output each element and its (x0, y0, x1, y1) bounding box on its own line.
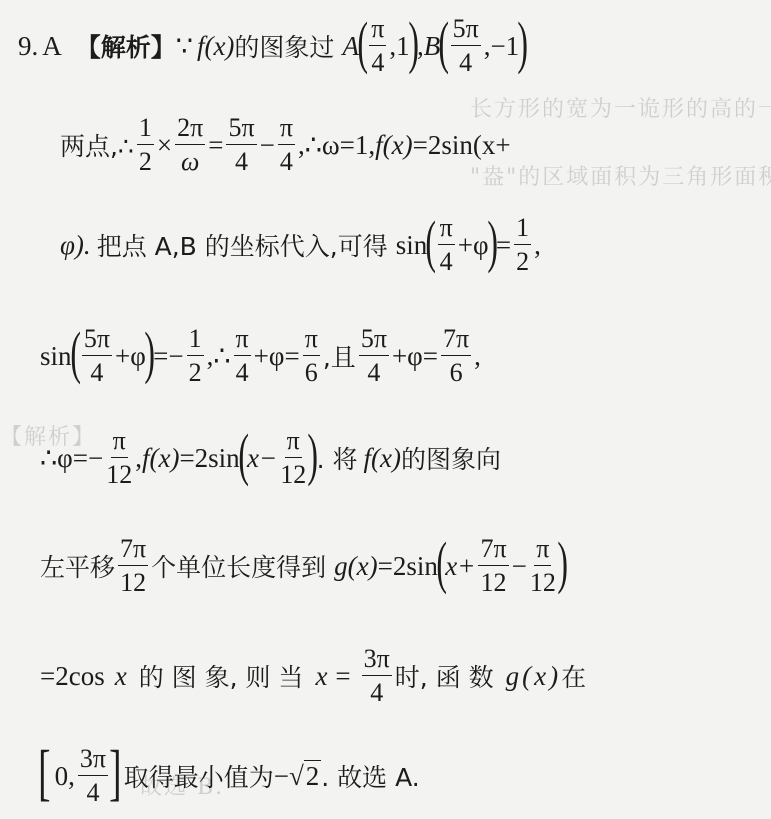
analysis-tag: 【解析】 (76, 28, 176, 64)
fraction: 5π4 (226, 115, 256, 175)
paren-open: ( (439, 14, 450, 72)
paren-close: ) (557, 534, 568, 592)
solution-line-4: sin ( 5π4 +φ ) =− 12 ,∴ π4 +φ= π6 ,且 5π4… (40, 316, 481, 396)
math: 0, (55, 761, 75, 792)
point-b: ,B (417, 31, 440, 62)
math: 2 (304, 760, 322, 792)
paren-close: ) (308, 426, 319, 484)
math: =2sin (179, 443, 239, 474)
fraction: π6 (303, 326, 320, 386)
math: ,1 (389, 31, 409, 62)
math-fx: f(x) (375, 130, 412, 161)
fraction: 12 (187, 326, 204, 386)
text: . 将 (317, 440, 358, 476)
text: 的图象向 (401, 440, 501, 476)
fraction: 12 (514, 215, 531, 275)
fraction: 2πω (175, 115, 205, 175)
bracket-open: [ (38, 742, 50, 804)
math: − (274, 761, 289, 792)
math: , (135, 443, 142, 474)
math: x (315, 661, 327, 692)
paren-open: ( (436, 534, 447, 592)
text: 在 (561, 658, 586, 694)
solution-line-7: =2cos x 的 图 象, 则 当 x = 3π4 时, 函 数 g(x) 在 (40, 636, 586, 716)
fraction: 12 (137, 115, 154, 175)
answer-choice: A (42, 31, 62, 62)
fraction: 7π12 (118, 536, 148, 596)
math: x+ (445, 551, 475, 582)
math: φ). (60, 230, 91, 261)
math: +φ (115, 341, 146, 372)
paren-open: ( (426, 213, 437, 271)
math: x− (247, 443, 277, 474)
fraction: π12 (530, 536, 556, 596)
math: − (512, 551, 527, 582)
paren-close: ) (518, 14, 529, 72)
fraction: 5π4 (451, 16, 481, 76)
math-gx: g(x) (334, 551, 377, 582)
paren-close: ) (408, 14, 419, 72)
fraction: π4 (278, 115, 295, 175)
math: = (496, 230, 511, 261)
text: 把点 A,B 的坐标代入,可得 (97, 227, 388, 263)
text: 个单位长度得到 (151, 548, 326, 584)
text: 取得最小值为 (124, 758, 274, 794)
fraction: π12 (106, 428, 132, 488)
solution-line-6: 左平移 7π12 个单位长度得到 g(x) =2sin ( x+ 7π12 − … (40, 526, 566, 606)
solution-line-2: 两点,∴ 12 × 2πω = 5π4 − π4 ,∴ω=1, f(x) =2s… (60, 105, 511, 185)
paren-close: ) (487, 213, 498, 271)
problem-number: 9. (18, 31, 38, 62)
math: = (208, 130, 223, 161)
text: 的 图 象, 则 当 (139, 658, 304, 694)
math: = (335, 661, 350, 692)
math: ,−1 (484, 31, 519, 62)
math: ∴φ=− (40, 443, 103, 474)
math: ,∴ (207, 341, 231, 372)
solution-line-3: φ). 把点 A,B 的坐标代入,可得 sin ( π4 +φ ) = 12 , (60, 205, 541, 285)
math: =2sin (378, 551, 438, 582)
solution-line-8: [ 0, 3π4 ] 取得最小值为 − √2 . 故选 A. (40, 736, 420, 816)
solution-line-5: ∴φ=− π12 , f(x) =2sin ( x− π12 ) . 将 f(x… (40, 418, 501, 498)
fraction: 5π4 (82, 326, 112, 386)
math: , (474, 341, 481, 372)
fraction: π4 (438, 215, 455, 275)
fraction: π4 (369, 16, 386, 76)
bleed-through-text: "盎"的区域面积为三角形面积的四分之一 (470, 160, 771, 191)
text: 左平移 (40, 548, 115, 584)
sqrt-symbol: √ (289, 761, 304, 792)
math: +φ (458, 230, 489, 261)
fraction: 3π4 (362, 646, 392, 706)
math: =− (153, 341, 183, 372)
fraction: π12 (280, 428, 306, 488)
paren-open: ( (238, 426, 249, 484)
math: +φ= (392, 341, 438, 372)
math: sin (396, 230, 428, 261)
fraction: π4 (234, 326, 251, 386)
fraction: 3π4 (78, 746, 108, 806)
math: =2sin(x+ (413, 130, 511, 161)
paren-close: ) (144, 324, 155, 382)
math-gx: g(x) (506, 661, 561, 692)
math: sin (40, 341, 72, 372)
fraction: 7π6 (441, 326, 471, 386)
text: ,且 (323, 338, 356, 374)
bracket-close: ] (109, 742, 121, 804)
text: 两点,∴ (60, 127, 134, 163)
math-fx: f(x) (197, 31, 234, 62)
fraction: 7π12 (478, 536, 508, 596)
paren-open: ( (70, 324, 81, 382)
math: × (157, 130, 172, 161)
bleed-through-text: 长方形的宽为一诡形的高的一半 (470, 92, 771, 123)
math: +φ= (254, 341, 300, 372)
solution-line-1: 9. A 【解析】 ∵ f(x) 的图象过 A ( π4 ,1 ) ,B ( 5… (18, 6, 527, 86)
fraction: 5π4 (359, 326, 389, 386)
math: − (260, 130, 275, 161)
text: . 故选 A. (321, 758, 419, 794)
math: x (115, 661, 127, 692)
math-fx: f(x) (142, 443, 179, 474)
text: 时, 函 数 (395, 658, 494, 694)
because-symbol: ∵ (176, 31, 193, 62)
math: , (534, 230, 541, 261)
math: =2cos (40, 661, 105, 692)
scanned-page: 长方形的宽为一诡形的高的一半 "盎"的区域面积为三角形面积的四分之一 【解析】 … (0, 0, 771, 819)
math: ,∴ω=1, (298, 130, 375, 161)
paren-open: ( (357, 14, 368, 72)
text: 的图象过 (234, 28, 334, 64)
math-fx: f(x) (363, 443, 400, 474)
